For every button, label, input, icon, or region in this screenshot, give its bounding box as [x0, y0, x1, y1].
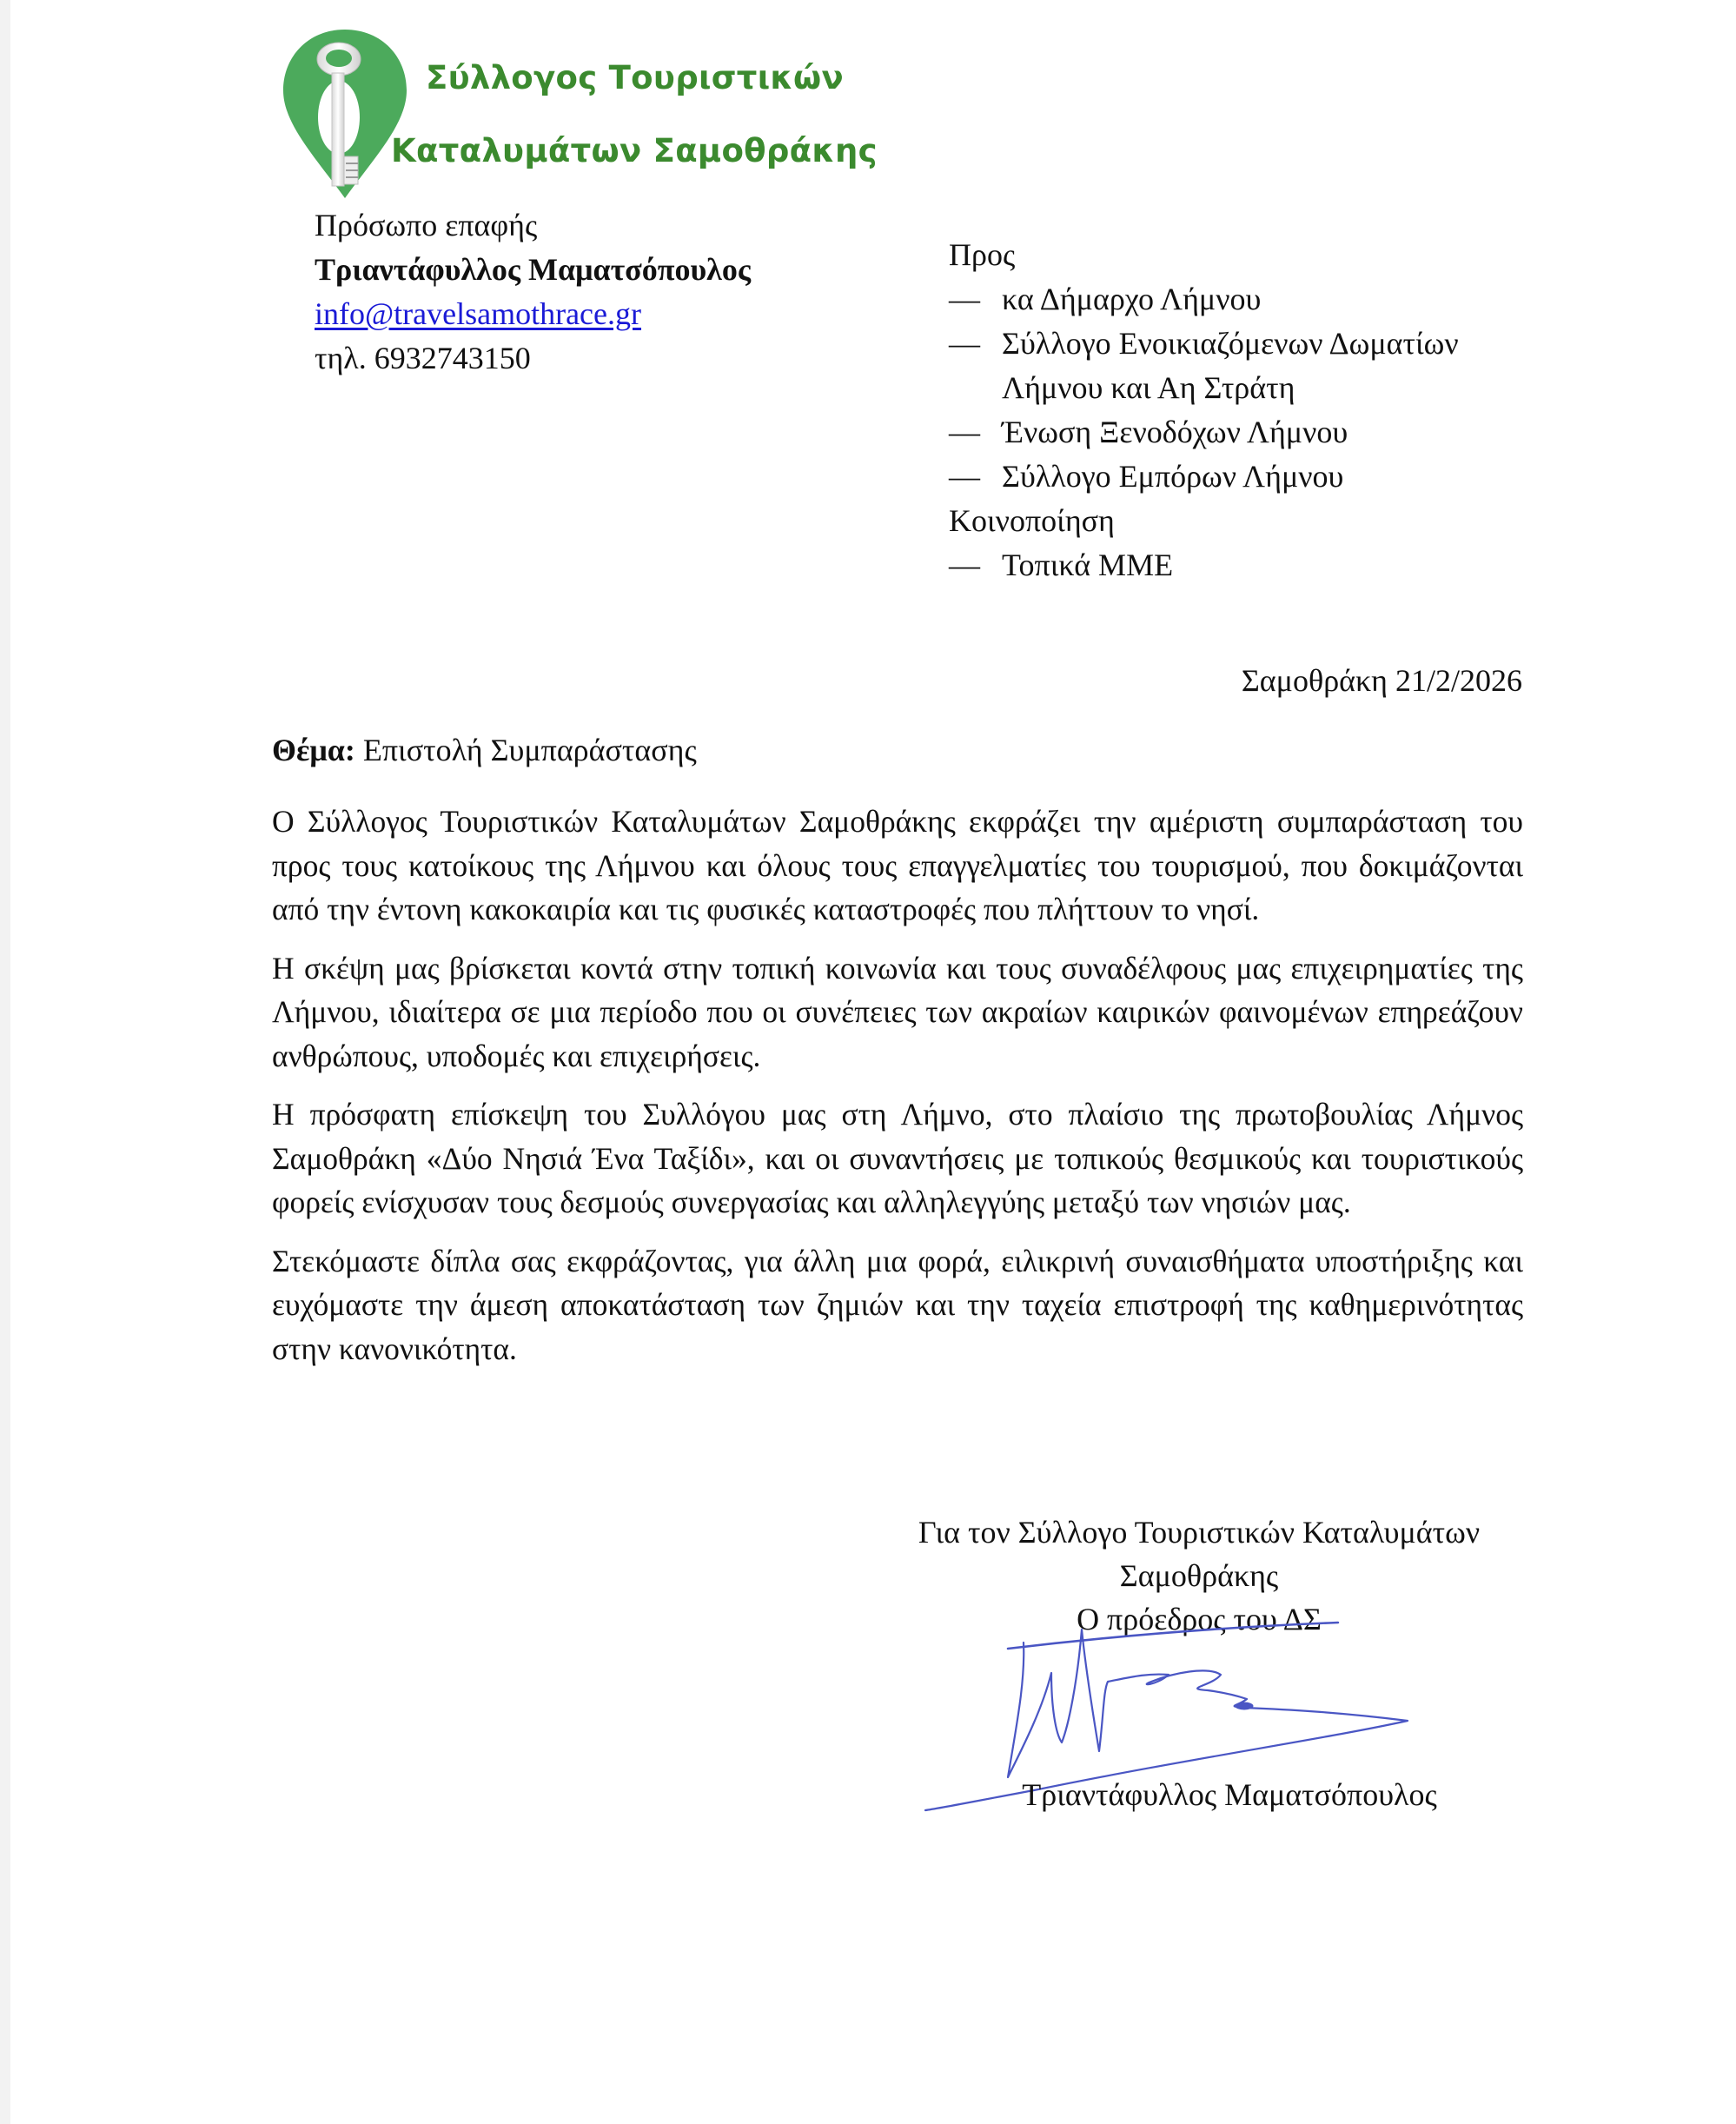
map-pin-key-icon: [280, 26, 410, 200]
cc-item: —Τοπικά ΜΜΕ: [949, 543, 1459, 587]
paragraph: Η πρόσφατη επίσκεψη του Συλλόγου μας στη…: [272, 1092, 1523, 1225]
subject-line: Θέμα: Επιστολή Συμπαράστασης: [272, 728, 697, 773]
paragraph: Στεκόμαστε δίπλα σας εκφράζοντας, για άλ…: [272, 1239, 1523, 1371]
dash-bullet-icon: —: [949, 410, 1002, 455]
contact-name: Τριαντάφυλλος Μαματσόπουλος: [315, 248, 751, 292]
paragraph: Η σκέψη μας βρίσκεται κοντά στην τοπική …: [272, 946, 1523, 1079]
dash-bullet-icon: —: [949, 543, 1002, 587]
dash-bullet-icon: —: [949, 277, 1002, 322]
recipient-item-continuation: Λήμνου και Αη Στράτη: [949, 366, 1459, 410]
recipients-block: Προς —κα Δήμαρχο Λήμνου —Σύλλογο Ενοικια…: [949, 233, 1459, 587]
recipient-item: —κα Δήμαρχο Λήμνου: [949, 277, 1459, 322]
to-label: Προς: [949, 233, 1459, 277]
contact-block: Πρόσωπο επαφής Τριαντάφυλλος Μαματσόπουλ…: [315, 203, 751, 381]
closing-line-2: Σαμοθράκης: [869, 1554, 1529, 1597]
dash-bullet-icon: —: [949, 322, 1002, 366]
paragraph: Ο Σύλλογος Τουριστικών Καταλυμάτων Σαμοθ…: [272, 800, 1523, 932]
recipient-item: —Ένωση Ξενοδόχων Λήμνου: [949, 410, 1459, 455]
recipient-item: —Σύλλογο Εμπόρων Λήμνου: [949, 455, 1459, 499]
date-line: Σαμοθράκη 21/2/2026: [1242, 659, 1522, 703]
closing-line-1: Για τον Σύλλογο Τουριστικών Καταλυμάτων: [869, 1510, 1529, 1554]
letter-body: Ο Σύλλογος Τουριστικών Καταλυμάτων Σαμοθ…: [272, 800, 1523, 1385]
subject-label: Θέμα:: [272, 733, 355, 767]
contact-phone: τηλ. 6932743150: [315, 336, 751, 381]
contact-label: Πρόσωπο επαφής: [315, 203, 751, 248]
cc-label: Κοινοποίηση: [949, 499, 1459, 543]
recipient-item: —Σύλλογο Ενοικιαζόμενων Δωματίων: [949, 322, 1459, 366]
org-name-line-2: Καταλυμάτων Σαμοθράκης: [391, 132, 878, 169]
subject-text: Επιστολή Συμπαράστασης: [363, 733, 697, 767]
contact-email-link[interactable]: info@travelsamothrace.gr: [315, 296, 641, 331]
dash-bullet-icon: —: [949, 455, 1002, 499]
org-name-line-1: Σύλλογος Τουριστικών: [426, 59, 844, 96]
signer-name: Τριαντάφυλλος Μαματσόπουλος: [869, 1773, 1529, 1816]
page-edge: [0, 0, 10, 2124]
